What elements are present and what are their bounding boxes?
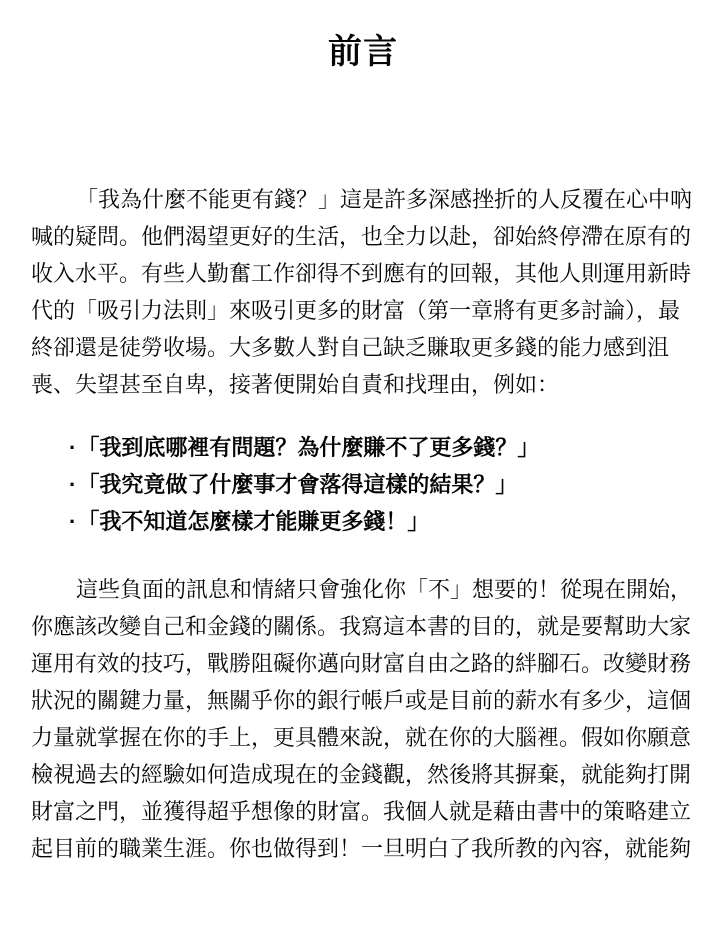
document-page: 前言 「我為什麼不能更有錢？」這是許多深感挫折的人反覆在心中吶 喊的疑問。他們渴… xyxy=(0,0,726,932)
paragraph-1: 「我為什麼不能更有錢？」這是許多深感挫折的人反覆在心中吶 喊的疑問。他們渴望更好… xyxy=(31,181,695,403)
text-line: 運用有效的技巧，戰勝阻礙你邁向財富自由之路的絆腳石。改變財務 xyxy=(31,645,695,682)
text-line: 喊的疑問。他們渴望更好的生活，也全力以赴，卻始終停滯在原有的 xyxy=(31,218,695,255)
quote-list: ·「我到底哪裡有問題？為什麼賺不了更多錢？」 ·「我究竟做了什麼事才會落得這樣的… xyxy=(69,429,695,540)
text-line: 「我為什麼不能更有錢？」這是許多深感挫折的人反覆在心中吶 xyxy=(31,181,695,218)
text-line: 起目前的職業生涯。你也做得到！一旦明白了我所教的內容，就能夠 xyxy=(31,830,695,867)
text-line: 喪、失望甚至自卑，接著便開始自責和找理由，例如： xyxy=(31,366,695,403)
text-line: 代的「吸引力法則」來吸引更多的財富（第一章將有更多討論），最 xyxy=(31,292,695,329)
bullet-icon: · xyxy=(69,429,76,466)
text-line: 檢視過去的經驗如何造成現在的金錢觀，然後將其摒棄，就能夠打開 xyxy=(31,756,695,793)
text-line: 財富之門，並獲得超乎想像的財富。我個人就是藉由書中的策略建立 xyxy=(31,793,695,830)
quote-text: 「我不知道怎麼樣才能賺更多錢！」 xyxy=(77,509,429,534)
quote-item: ·「我到底哪裡有問題？為什麼賺不了更多錢？」 xyxy=(69,429,695,466)
text-line: 狀況的關鍵力量，無關乎你的銀行帳戶或是目前的薪水有多少，這個 xyxy=(31,682,695,719)
text-line: 力量就掌握在你的手上，更具體來說，就在你的大腦裡。假如你願意 xyxy=(31,719,695,756)
quote-text: 「我到底哪裡有問題？為什麼賺不了更多錢？」 xyxy=(77,435,539,460)
page-title: 前言 xyxy=(0,30,726,74)
text-line: 終卻還是徒勞收場。大多數人對自己缺乏賺取更多錢的能力感到沮 xyxy=(31,329,695,366)
text-line: 你應該改變自己和金錢的關係。我寫這本書的目的，就是要幫助大家 xyxy=(31,608,695,645)
paragraph-2: 這些負面的訊息和情緒只會強化你「不」想要的！從現在開始， 你應該改變自己和金錢的… xyxy=(31,571,695,867)
text-line: 收入水平。有些人勤奮工作卻得不到應有的回報，其他人則運用新時 xyxy=(31,255,695,292)
text-line: 這些負面的訊息和情緒只會強化你「不」想要的！從現在開始， xyxy=(31,571,695,608)
bullet-icon: · xyxy=(69,466,76,503)
bullet-icon: · xyxy=(69,503,76,540)
quote-item: ·「我不知道怎麼樣才能賺更多錢！」 xyxy=(69,503,695,540)
quote-text: 「我究竟做了什麼事才會落得這樣的結果？」 xyxy=(77,472,517,497)
quote-item: ·「我究竟做了什麼事才會落得這樣的結果？」 xyxy=(69,466,695,503)
